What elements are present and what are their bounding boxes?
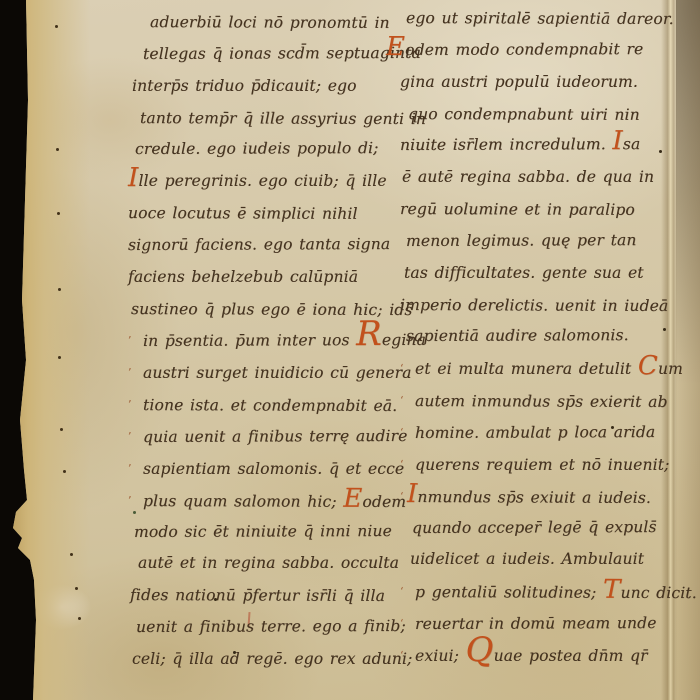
text-segment: reuertar in domū meam unde xyxy=(415,614,657,633)
text-segment: quando acceper̄ legē q̄ expuls̄ xyxy=(412,518,657,537)
manuscript-line: niuite isr̄lem incredulum. Isa xyxy=(400,129,672,162)
manuscript-line: Ille peregrinis. ego ciuib; q̄ ille xyxy=(128,166,384,198)
manuscript-line: modo sic ēt niniuite q̄ inni niue xyxy=(128,516,384,549)
manuscript-line: ’tione ista. et condempnabit eā. xyxy=(128,389,384,422)
text-segment: menon legimus. quę per tan xyxy=(406,231,637,250)
manuscript-line: ’plus quam salomon hic; Eodem xyxy=(128,485,384,518)
manuscript-line: menon legimus. quę per tan xyxy=(400,225,672,258)
text-segment: lle peregrinis. ego ciuib; q̄ ille xyxy=(138,172,386,190)
text-segment: uidelicet a iudeis. Ambulauit xyxy=(410,550,644,568)
right-text-column: ego ut spiritalē sapientiā dareor.Eodem … xyxy=(400,3,672,672)
text-segment: unc dicit. xyxy=(620,584,696,602)
text-segment: signorū faciens. ego tanta signa xyxy=(128,235,390,254)
rubricated-initial: E xyxy=(386,32,405,62)
manuscript-line: sapientiā audire salomonis. xyxy=(400,320,672,353)
text-segment: imperio derelictis. uenit in iudeā xyxy=(400,296,668,315)
manuscript-line: ’quia uenit a finibus terrę audire xyxy=(128,420,384,453)
manuscript-line: regū uolumine et in paralipo xyxy=(400,194,672,227)
manuscript-line: ’in p̄sentia. p̄um inter uos Regina xyxy=(128,324,384,357)
manuscript-line: tanto temp̄r q̄ ille assyrius genti in xyxy=(128,103,384,136)
text-segment: nmundus sp̄s exiuit a iudeis. xyxy=(417,488,651,507)
text-segment: uenit a finibus terre. ego a finib; xyxy=(136,617,406,636)
manuscript-line: autē et in regina sabba. occulta xyxy=(128,548,384,580)
parchment-left-edge xyxy=(0,0,90,700)
manuscript-line: ‘et ei multa munera detulit Cum xyxy=(400,353,672,385)
text-segment: tas difficultates. gente sua et xyxy=(404,264,644,282)
manuscript-line: Eodem modo condempnabit re xyxy=(400,34,672,67)
text-segment: autē et in regina sabba. occulta xyxy=(138,554,399,572)
parchment-page: aduerbiū loci nō pronomtū intellegas q̄ … xyxy=(0,0,700,700)
text-segment: in p̄sentia. p̄um inter uos xyxy=(143,332,356,351)
prick-holes xyxy=(0,0,3,3)
manuscript-line: tas difficultates. gente sua et xyxy=(400,258,672,290)
text-segment: plus quam salomon hic; xyxy=(143,492,343,511)
manuscript-line: uenit a finibus terre. ego a finib; xyxy=(128,611,384,644)
margin-mark: ‘ xyxy=(400,576,415,608)
text-segment: gina austri populū iudeorum. xyxy=(400,73,638,91)
rubricated-initial: R xyxy=(356,314,382,354)
margin-mark: ‘ xyxy=(400,608,415,640)
text-segment: modo sic ēt niniuite q̄ inni niue xyxy=(134,521,392,540)
text-segment: autem inmundus sp̄s exierit ab xyxy=(415,392,668,411)
manuscript-line: quando acceper̄ legē q̄ expuls̄ xyxy=(400,511,672,544)
margin-mark: ’ xyxy=(128,389,143,421)
text-segment: interp̄s triduo p̄dicauit; ego xyxy=(132,77,357,95)
text-segment: odem modo condempnabit re xyxy=(405,40,643,59)
margin-mark: ’ xyxy=(128,357,143,389)
manuscript-line: credule. ego iudeis populo di; xyxy=(128,133,384,166)
text-segment: uoce locutus ē simplici nihil xyxy=(128,204,358,223)
text-segment: tanto temp̄r q̄ ille assyrius genti in xyxy=(140,109,426,128)
text-segment: et ei multa munera detulit xyxy=(415,360,638,378)
manuscript-line: ‘autem inmundus sp̄s exierit ab xyxy=(400,385,672,418)
manuscript-line: faciens behelzebub calūpniā xyxy=(128,262,384,294)
manuscript-line: signorū faciens. ego tanta signa xyxy=(128,229,384,262)
text-segment: quo condempnabunt uiri nin xyxy=(408,105,640,124)
text-segment: homine. ambulat p loca arida xyxy=(415,423,655,442)
text-segment: sapientiam salomonis. q̄ et ecce xyxy=(143,460,404,478)
manuscript-line: fides nationū p̄fertur isr̄li q̄ illa xyxy=(128,580,384,613)
manuscript-line: imperio derelictis. uenit in iudeā xyxy=(400,290,672,323)
manuscript-line: tellegas q̄ ionas scd̄m septuaginta xyxy=(128,38,384,71)
manuscript-line: uoce locutus ē simplici nihil xyxy=(128,198,384,231)
text-segment: um xyxy=(658,360,683,378)
manuscript-line: ego ut spiritalē sapientiā dareor. xyxy=(400,3,672,36)
manuscript-line: sustineo q̄ plus ego ē iona hic; ids̄ xyxy=(128,294,384,327)
manuscript-line: celi; q̄ illa ad regē. ego rex aduni; xyxy=(128,644,384,676)
text-segment: uae postea dn̄m qr̄ xyxy=(494,647,648,665)
text-segment: p gentaliū solitudines; xyxy=(415,583,603,602)
rubricated-initial: I xyxy=(128,163,138,193)
manuscript-line: uidelicet a iudeis. Ambulauit xyxy=(400,544,672,576)
margin-mark: ’ xyxy=(128,421,143,453)
text-segment: quia uenit a finibus terrę audire xyxy=(143,427,408,446)
manuscript-line: ’austri surget inuidicio cū genera xyxy=(128,357,384,389)
manuscript-line: ‘Inmundus sp̄s exiuit a iudeis. xyxy=(400,481,672,514)
rubricated-initial: E xyxy=(343,483,362,513)
manuscript-line: quo condempnabunt uiri nin xyxy=(400,99,672,132)
margin-mark: ’ xyxy=(128,485,143,517)
manuscript-line: ē autē regina sabba. de qua in xyxy=(400,162,672,194)
manuscript-line: ‘reuertar in domū meam unde xyxy=(400,607,672,640)
margin-mark: ‘ xyxy=(400,385,415,417)
manuscript-line: gina austri populū iudeorum. xyxy=(400,67,672,99)
manuscript-line: interp̄s triduo p̄dicauit; ego xyxy=(128,71,384,103)
manuscript-line: ‘querens requiem et nō inuenit; xyxy=(400,449,672,481)
text-segment: aduerbiū loci nō pronomtū in xyxy=(150,13,390,32)
text-segment: ego ut spiritalē sapientiā dareor. xyxy=(406,9,674,28)
margin-mark: ‘ xyxy=(400,449,415,481)
text-segment: tione ista. et condempnabit eā. xyxy=(143,396,397,415)
text-segment: faciens behelzebub calūpniā xyxy=(128,268,358,286)
text-segment: fides nationū p̄fertur isr̄li q̄ illa xyxy=(130,586,385,605)
manuscript-line: ‘exiui; Quae postea dn̄m qr̄ xyxy=(400,640,672,672)
rubricated-initial: I xyxy=(407,479,418,509)
manuscript-line: ‘p gentaliū solitudines; Tunc dicit. xyxy=(400,576,672,609)
rubricated-initial: C xyxy=(638,351,658,381)
text-segment: querens requiem et nō inuenit; xyxy=(415,456,669,474)
left-text-column: aduerbiū loci nō pronomtū intellegas q̄ … xyxy=(128,7,384,676)
text-segment: celi; q̄ illa ad regē. ego rex aduni; xyxy=(132,650,412,668)
text-segment: austri surget inuidicio cū genera xyxy=(143,364,412,382)
text-segment: regū uolumine et in paralipo xyxy=(400,200,635,219)
rubricated-initial: Q xyxy=(466,630,494,670)
text-segment: tellegas q̄ ionas scd̄m septuaginta xyxy=(143,44,421,63)
rubricated-initial: I xyxy=(612,127,623,157)
manuscript-photo: aduerbiū loci nō pronomtū intellegas q̄ … xyxy=(0,0,700,700)
text-segment: sa xyxy=(623,135,641,153)
text-segment: exiui; xyxy=(415,647,466,665)
text-segment: niuite isr̄lem incredulum. xyxy=(400,136,612,155)
manuscript-line: ’sapientiam salomonis. q̄ et ecce xyxy=(128,453,384,485)
rubricated-initial: T xyxy=(603,575,621,605)
manuscript-line: ‘homine. ambulat p loca arida xyxy=(400,416,672,449)
margin-mark: ‘ xyxy=(400,417,415,449)
margin-mark: ’ xyxy=(128,325,143,357)
margin-mark: ‘ xyxy=(400,640,415,672)
margin-mark: ’ xyxy=(128,453,143,485)
margin-mark: ‘ xyxy=(400,353,415,385)
text-segment: credule. ego iudeis populo di; xyxy=(135,139,379,158)
text-segment: ē autē regina sabba. de qua in xyxy=(402,168,654,186)
text-segment: sapientiā audire salomonis. xyxy=(406,327,629,346)
manuscript-line: aduerbiū loci nō pronomtū in xyxy=(128,7,384,40)
